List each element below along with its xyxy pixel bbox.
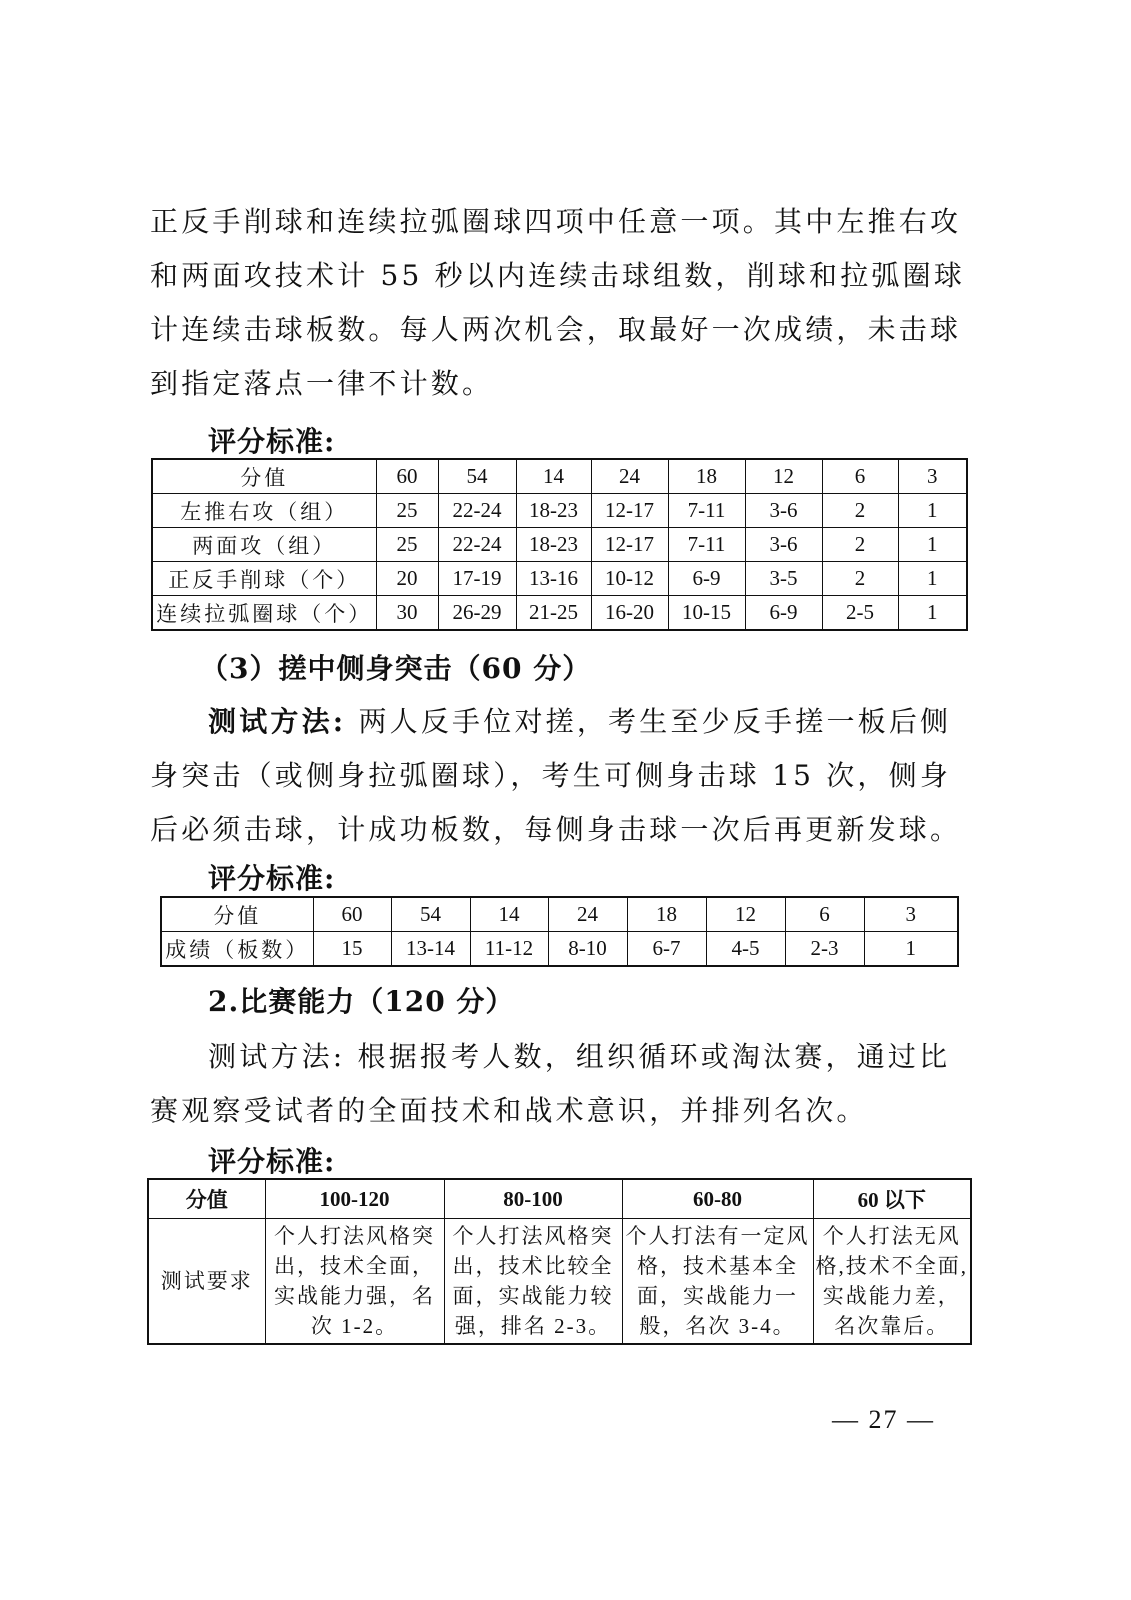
table-header-row: 分值 60 54 14 24 18 12 6 3 (161, 897, 958, 932)
table-row: 正反手削球（个） 20 17-19 13-16 10-12 6-9 3-5 2 … (152, 562, 967, 596)
header-cell: 54 (391, 897, 470, 932)
table-rally-scoring: 分值 60 54 14 24 18 12 6 3 左推右攻（组） 25 22-2… (151, 458, 968, 631)
header-cell: 6 (822, 459, 898, 494)
row-label: 左推右攻（组） (152, 494, 376, 528)
cell: 2-3 (785, 932, 864, 967)
cell: 26-29 (438, 596, 516, 631)
header-cell: 3 (898, 459, 967, 494)
cell: 13-16 (516, 562, 591, 596)
table-match-scoring: 分值 100-120 80-100 60-80 60 以下 测试要求 个人打法风… (147, 1178, 972, 1345)
cell: 4-5 (706, 932, 785, 967)
table-row: 左推右攻（组） 25 22-24 18-23 12-17 7-11 3-6 2 … (152, 494, 967, 528)
cell: 18-23 (516, 494, 591, 528)
header-cell: 6 (785, 897, 864, 932)
table-row: 成绩（板数） 15 13-14 11-12 8-10 6-7 4-5 2-3 1 (161, 932, 958, 967)
header-cell: 60 以下 (813, 1179, 971, 1219)
cell: 11-12 (470, 932, 548, 967)
scoring-label-1: 评分标准: (208, 420, 335, 460)
header-cell: 100-120 (265, 1179, 444, 1219)
scoring-label-2: 评分标准: (208, 857, 335, 897)
header-cell: 80-100 (444, 1179, 622, 1219)
cell: 22-24 (438, 494, 516, 528)
table-push-attack-scoring: 分值 60 54 14 24 18 12 6 3 成绩（板数） 15 13-14… (160, 896, 959, 967)
cell: 1 (898, 596, 967, 631)
header-cell: 分值 (161, 897, 313, 932)
page-number: — 27 — (832, 1405, 935, 1435)
cell: 2-5 (822, 596, 898, 631)
cell: 6-9 (745, 596, 822, 631)
header-cell: 14 (516, 459, 591, 494)
header-cell: 60 (376, 459, 438, 494)
section-title-push-attack: （3）搓中侧身突击（60 分） (200, 647, 591, 687)
cell: 个人打法无风格,技术不全面,实战能力差，名次靠后。 (813, 1219, 971, 1345)
cell: 3-5 (745, 562, 822, 596)
method-paragraph-3: 测试方法: 根据报考人数，组织循环或淘汰赛，通过比赛观察受试者的全面技术和战术意… (150, 1030, 975, 1138)
cell: 18-23 (516, 528, 591, 562)
cell: 7-11 (668, 494, 745, 528)
cell: 6-9 (668, 562, 745, 596)
header-cell: 12 (745, 459, 822, 494)
scoring-label-3: 评分标准: (208, 1140, 335, 1180)
cell: 1 (898, 494, 967, 528)
cell: 20 (376, 562, 438, 596)
header-cell: 14 (470, 897, 548, 932)
table-header-row: 分值 60 54 14 24 18 12 6 3 (152, 459, 967, 494)
cell: 30 (376, 596, 438, 631)
table-row: 测试要求 个人打法风格突出，技术全面，实战能力强，名次 1-2。 个人打法风格突… (148, 1219, 971, 1345)
cell: 21-25 (516, 596, 591, 631)
cell: 2 (822, 562, 898, 596)
header-cell: 24 (591, 459, 668, 494)
header-cell: 3 (864, 897, 958, 932)
cell: 10-15 (668, 596, 745, 631)
cell: 10-12 (591, 562, 668, 596)
cell: 17-19 (438, 562, 516, 596)
cell: 1 (898, 528, 967, 562)
row-label: 连续拉弧圈球（个） (152, 596, 376, 631)
table-header-row: 分值 100-120 80-100 60-80 60 以下 (148, 1179, 971, 1219)
method-paragraph-2: 测试方法: 两人反手位对搓，考生至少反手搓一板后侧身突击（或侧身拉弧圈球），考生… (150, 695, 975, 857)
cell: 16-20 (591, 596, 668, 631)
cell: 6-7 (627, 932, 706, 967)
header-cell: 60 (313, 897, 391, 932)
row-label: 正反手削球（个） (152, 562, 376, 596)
header-cell: 分值 (148, 1179, 265, 1219)
row-label: 成绩（板数） (161, 932, 313, 967)
cell: 2 (822, 528, 898, 562)
header-cell: 24 (548, 897, 627, 932)
section-title-match-ability: 2.比赛能力（120 分） (208, 980, 514, 1020)
cell: 个人打法有一定风格，技术基本全面，实战能力一般，名次 3-4。 (622, 1219, 813, 1345)
row-label: 测试要求 (148, 1219, 265, 1345)
cell: 12-17 (591, 528, 668, 562)
cell: 3-6 (745, 528, 822, 562)
header-cell: 12 (706, 897, 785, 932)
cell: 个人打法风格突出，技术比较全面，实战能力较强，排名 2-3。 (444, 1219, 622, 1345)
table-row: 两面攻（组） 25 22-24 18-23 12-17 7-11 3-6 2 1 (152, 528, 967, 562)
cell: 1 (898, 562, 967, 596)
cell: 22-24 (438, 528, 516, 562)
header-cell: 18 (627, 897, 706, 932)
cell: 13-14 (391, 932, 470, 967)
cell: 15 (313, 932, 391, 967)
cell: 12-17 (591, 494, 668, 528)
header-cell: 18 (668, 459, 745, 494)
cell: 3-6 (745, 494, 822, 528)
table-row: 连续拉弧圈球（个） 30 26-29 21-25 16-20 10-15 6-9… (152, 596, 967, 631)
cell: 1 (864, 932, 958, 967)
header-cell: 54 (438, 459, 516, 494)
method-label: 测试方法: (208, 705, 346, 738)
cell: 个人打法风格突出，技术全面，实战能力强，名次 1-2。 (265, 1219, 444, 1345)
cell: 2 (822, 494, 898, 528)
intro-paragraph: 正反手削球和连续拉弧圈球四项中任意一项。其中左推右攻和两面攻技术计 55 秒以内… (150, 195, 975, 411)
row-label: 两面攻（组） (152, 528, 376, 562)
cell: 7-11 (668, 528, 745, 562)
cell: 25 (376, 494, 438, 528)
header-cell: 60-80 (622, 1179, 813, 1219)
header-cell: 分值 (152, 459, 376, 494)
cell: 8-10 (548, 932, 627, 967)
cell: 25 (376, 528, 438, 562)
